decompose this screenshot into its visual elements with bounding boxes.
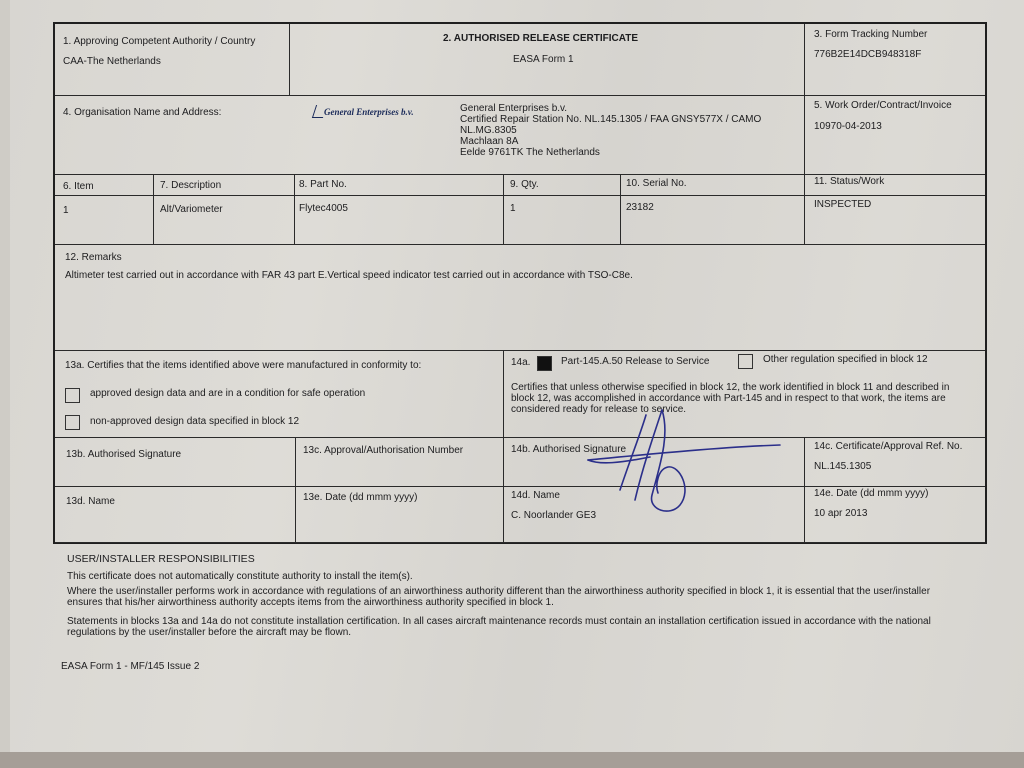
- divider: [55, 95, 985, 96]
- block14d-label: 14d. Name: [511, 490, 560, 501]
- paragraph-line: ensures that his/her airworthiness autho…: [67, 597, 930, 608]
- other-regulation-checkbox[interactable]: [738, 354, 753, 369]
- organisation-logo: General Enterprises b.v.: [324, 107, 414, 117]
- divider: [153, 174, 154, 244]
- block3-label: 3. Form Tracking Number: [814, 29, 927, 40]
- block13a-label: 13a. Certifies that the items identified…: [65, 360, 421, 371]
- block14c-label: 14c. Certificate/Approval Ref. No.: [814, 441, 962, 452]
- divider: [55, 486, 985, 487]
- divider: [503, 350, 504, 542]
- part-145-release-checkbox[interactable]: [537, 356, 552, 371]
- non-approved-design-data-checkbox[interactable]: [65, 415, 80, 430]
- cell-qty: 1: [510, 203, 516, 214]
- responsibilities-para2: Where the user/installer performs work i…: [67, 586, 930, 608]
- divider: [289, 24, 290, 95]
- remarks-text: Altimeter test carried out in accordance…: [65, 270, 633, 281]
- paragraph-line: Where the user/installer performs work i…: [67, 586, 930, 597]
- divider: [55, 174, 985, 175]
- cell-status-work: INSPECTED: [814, 199, 871, 210]
- cell-item: 1: [63, 205, 69, 216]
- non-approved-design-data-label: non-approved design data specified in bl…: [90, 416, 299, 427]
- form-title: 2. AUTHORISED RELEASE CERTIFICATE: [443, 33, 638, 44]
- form-issue-footer: EASA Form 1 - MF/145 Issue 2: [61, 661, 199, 672]
- paragraph-line: Statements in blocks 13a and 14a do not …: [67, 616, 931, 627]
- block14e-label: 14e. Date (dd mmm yyyy): [814, 488, 928, 499]
- organisation-address: General Enterprises b.v. Certified Repai…: [460, 103, 761, 158]
- other-regulation-label: Other regulation specified in block 12: [763, 354, 928, 365]
- responsibilities-title: USER/INSTALLER RESPONSIBILITIES: [67, 553, 255, 565]
- block13e-label: 13e. Date (dd mmm yyyy): [303, 492, 417, 503]
- block5-label: 5. Work Order/Contract/Invoice: [814, 100, 952, 111]
- divider: [55, 244, 985, 245]
- divider: [55, 542, 985, 543]
- approved-design-data-checkbox[interactable]: [65, 388, 80, 403]
- address-line: Certified Repair Station No. NL.145.1305…: [460, 114, 761, 125]
- header-item: 6. Item: [63, 181, 94, 192]
- divider: [55, 350, 985, 351]
- block14a-label: 14a.: [511, 357, 530, 368]
- work-order-number: 10970-04-2013: [814, 121, 882, 132]
- divider: [294, 174, 295, 244]
- responsibilities-para1: This certificate does not automatically …: [67, 571, 413, 582]
- cell-serial-no: 23182: [626, 202, 654, 213]
- header-status-work: 11. Status/Work: [814, 176, 884, 187]
- block13b-label: 13b. Authorised Signature: [66, 449, 181, 460]
- background-surface: [0, 752, 1024, 768]
- block12-label: 12. Remarks: [65, 252, 122, 263]
- part-145-release-label: Part-145.A.50 Release to Service: [561, 356, 709, 367]
- responsibilities-para3: Statements in blocks 13a and 14a do not …: [67, 616, 931, 638]
- header-part-no: 8. Part No.: [299, 179, 347, 190]
- statement-line: considered ready for release to service.: [511, 404, 949, 415]
- paragraph-line: regulations by the user/installer before…: [67, 627, 931, 638]
- block13d-label: 13d. Name: [66, 496, 115, 507]
- header-qty: 9. Qty.: [510, 179, 539, 190]
- address-line: NL.MG.8305: [460, 125, 761, 136]
- header-description: 7. Description: [160, 180, 221, 191]
- cell-part-no: Flytec4005: [299, 203, 348, 214]
- release-date: 10 apr 2013: [814, 508, 867, 519]
- address-line: Machlaan 8A: [460, 136, 761, 147]
- certificate-ref-number: NL.145.1305: [814, 461, 871, 472]
- form-subtitle: EASA Form 1: [513, 54, 574, 65]
- block14a-statement: Certifies that unless otherwise specifie…: [511, 382, 949, 415]
- address-line: Eelde 9761TK The Netherlands: [460, 147, 761, 158]
- signatory-name: C. Noorlander GE3: [511, 510, 596, 521]
- divider: [503, 174, 504, 244]
- divider: [55, 437, 985, 438]
- form-tracking-number: 776B2E14DCB948318F: [814, 49, 921, 60]
- statement-line: block 12, was accomplished in accordance…: [511, 393, 949, 404]
- block14b-label: 14b. Authorised Signature: [511, 444, 626, 455]
- approved-design-data-label: approved design data and are in a condit…: [90, 388, 365, 399]
- address-line: General Enterprises b.v.: [460, 103, 761, 114]
- block4-label: 4. Organisation Name and Address:: [63, 107, 221, 118]
- divider: [295, 437, 296, 542]
- divider: [804, 24, 805, 244]
- divider: [55, 195, 985, 196]
- block13c-label: 13c. Approval/Authorisation Number: [303, 445, 463, 456]
- divider: [620, 174, 621, 244]
- cell-description: Alt/Variometer: [160, 204, 223, 215]
- approving-authority-value: CAA-The Netherlands: [63, 56, 161, 67]
- statement-line: Certifies that unless otherwise specifie…: [511, 382, 949, 393]
- header-serial-no: 10. Serial No.: [626, 178, 687, 189]
- block1-label: 1. Approving Competent Authority / Count…: [63, 36, 255, 47]
- divider: [804, 437, 805, 542]
